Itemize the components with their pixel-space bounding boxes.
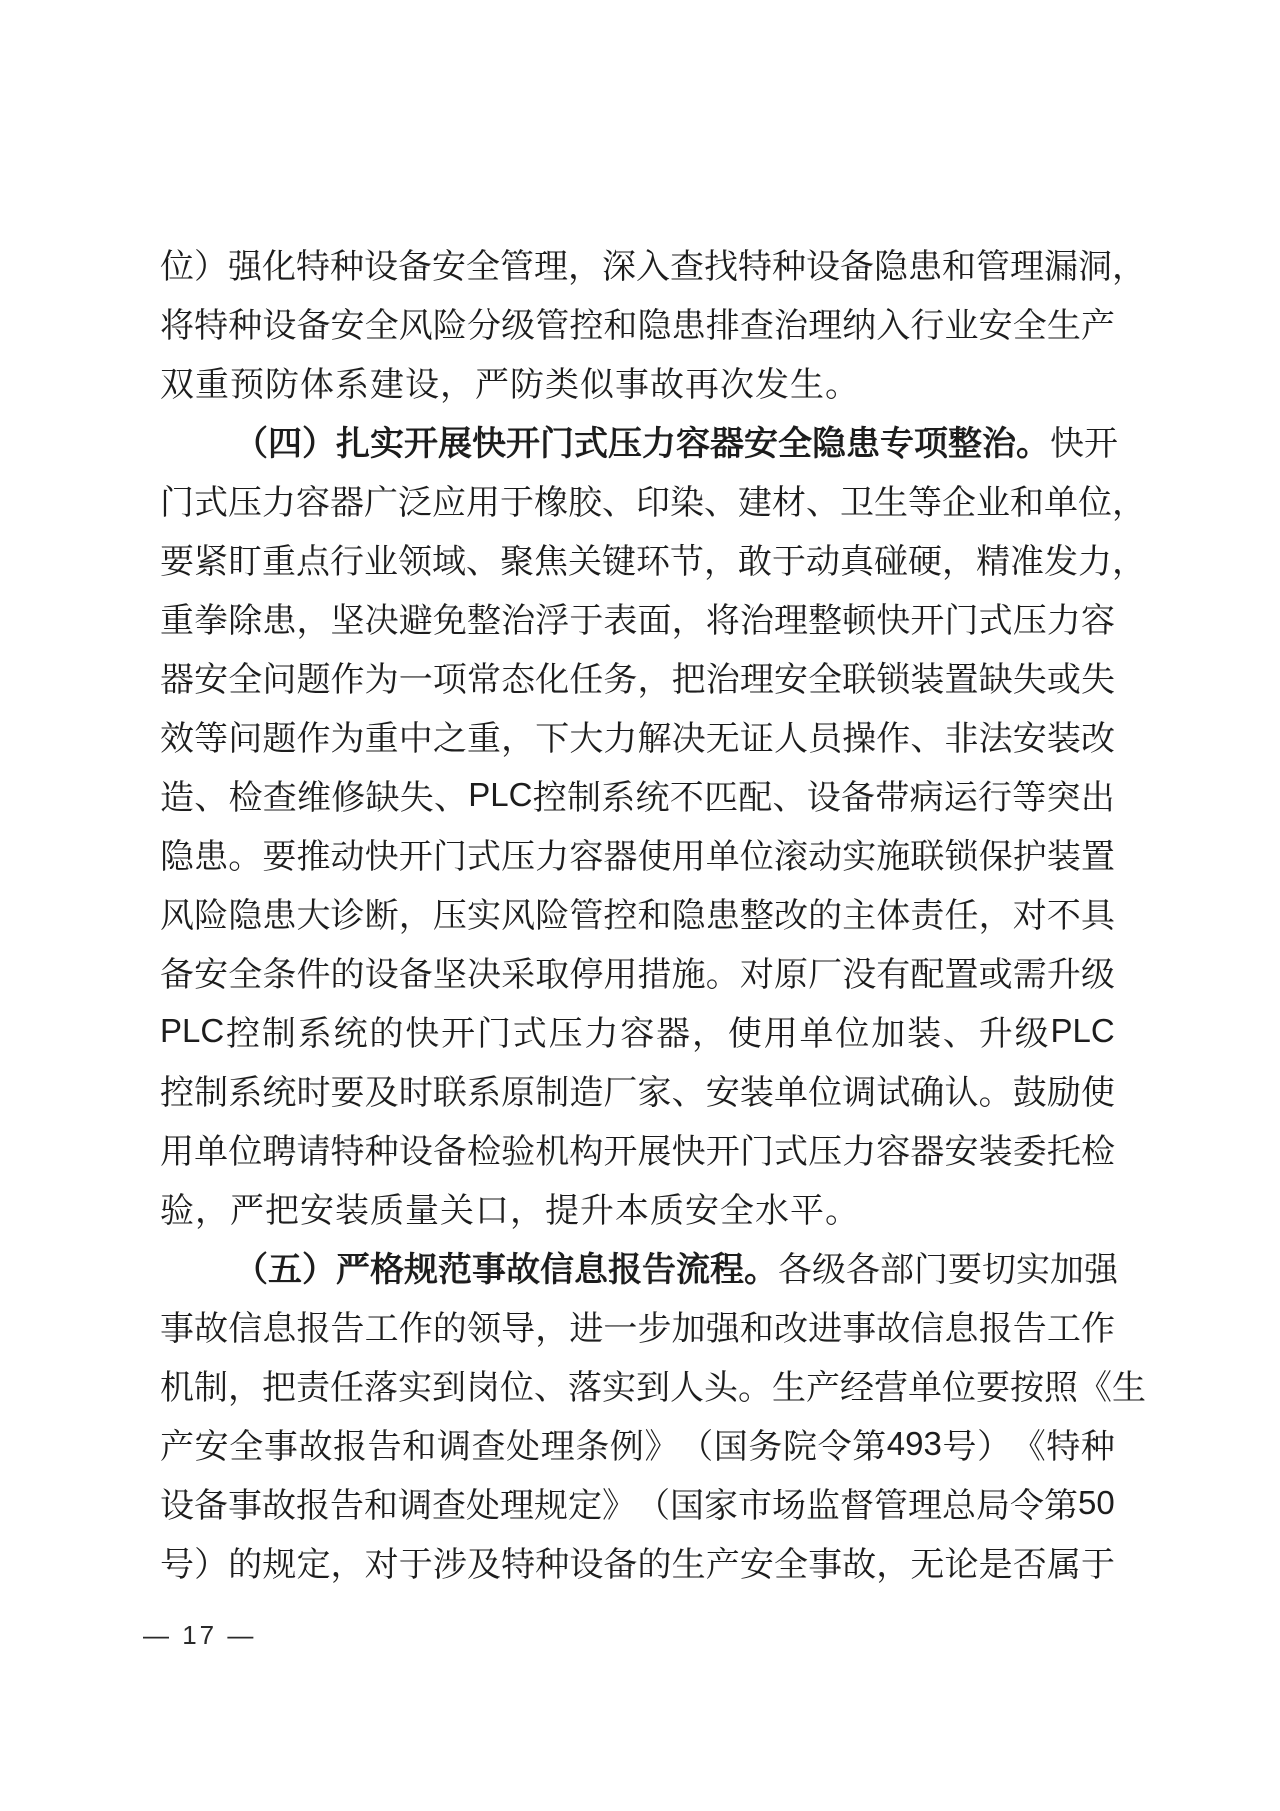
text-line: 机制，把责任落实到岗位、落实到人头。生产经营单位要按照《生	[160, 1355, 1115, 1414]
text-line: 造、检查维修缺失、PLC控制系统不匹配、设备带病运行等突出	[160, 765, 1115, 824]
text-line: 用单位聘请特种设备检验机构开展快开门式压力容器安装委托检	[160, 1119, 1115, 1178]
document-page: 位）强化特种设备安全管理，深入查找特种设备隐患和管理漏洞，将特种设备安全风险分级…	[0, 0, 1280, 1811]
text-line: 风险隐患大诊断，压实风险管控和隐患整改的主体责任，对不具	[160, 883, 1115, 942]
text-line: 事故信息报告工作的领导，进一步加强和改进事故信息报告工作	[160, 1296, 1115, 1355]
text-line: 产安全事故报告和调查处理条例》（国务院令第493号）《特种	[160, 1414, 1115, 1473]
text-line: 隐患。要推动快开门式压力容器使用单位滚动实施联锁保护装置	[160, 824, 1115, 883]
text-line: 号）的规定，对于涉及特种设备的生产安全事故，无论是否属于	[160, 1532, 1115, 1591]
text-line: 门式压力容器广泛应用于橡胶、印染、建材、卫生等企业和单位，	[160, 470, 1115, 529]
text-line: 验，严把安装质量关口，提升本质安全水平。	[160, 1178, 1115, 1237]
text-line: 效等问题作为重中之重，下大力解决无证人员操作、非法安装改	[160, 706, 1115, 765]
text-line: 双重预防体系建设，严防类似事故再次发生。	[160, 352, 1115, 411]
text-line: PLC控制系统的快开门式压力容器，使用单位加装、升级PLC	[160, 1001, 1115, 1060]
text-line: 控制系统时要及时联系原制造厂家、安装单位调试确认。鼓励使	[160, 1060, 1115, 1119]
text-line: 重拳除患，坚决避免整治浮于表面，将治理整顿快开门式压力容	[160, 588, 1115, 647]
text-line: 设备事故报告和调查处理规定》（国家市场监督管理总局令第50	[160, 1473, 1115, 1532]
text-line: 将特种设备安全风险分级管控和隐患排查治理纳入行业安全生产	[160, 293, 1115, 352]
text-line: 位）强化特种设备安全管理，深入查找特种设备隐患和管理漏洞，	[160, 234, 1115, 293]
text-line: （四）扎实开展快开门式压力容器安全隐患专项整治。快开	[160, 411, 1115, 470]
text-line: 要紧盯重点行业领域、聚焦关键环节，敢于动真碰硬，精准发力，	[160, 529, 1115, 588]
text-line: （五）严格规范事故信息报告流程。各级各部门要切实加强	[160, 1237, 1115, 1296]
text-line: 备安全条件的设备坚决采取停用措施。对原厂没有配置或需升级	[160, 942, 1115, 1001]
page-number: — 17 —	[143, 1620, 256, 1651]
body-text: 位）强化特种设备安全管理，深入查找特种设备隐患和管理漏洞，将特种设备安全风险分级…	[160, 234, 1115, 1591]
text-line: 器安全问题作为一项常态化任务，把治理安全联锁装置缺失或失	[160, 647, 1115, 706]
